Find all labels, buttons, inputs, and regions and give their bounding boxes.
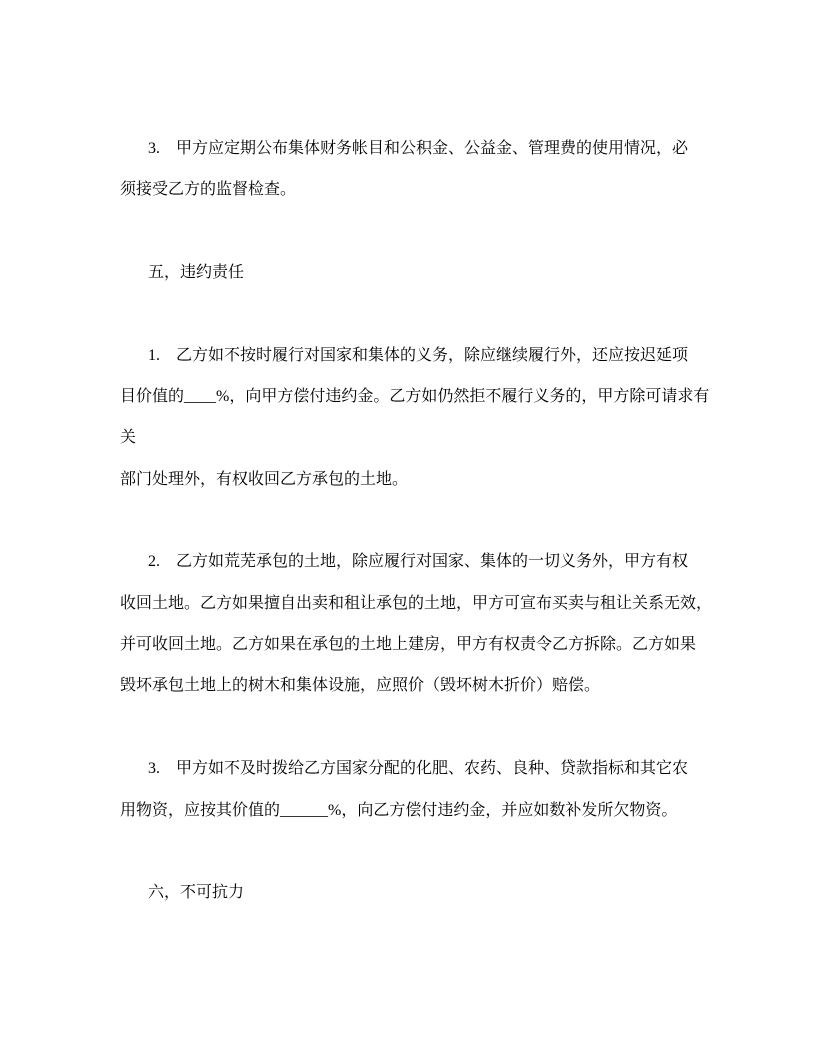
paragraph-line: 并可收回土地。乙方如果在承包的土地上建房，甲方有权责令乙方拆除。乙方如果	[120, 624, 760, 665]
paragraph-line: 3. 甲方如不及时拨给乙方国家分配的化肥、农药、良种、贷款指标和其它农	[120, 748, 760, 789]
blank-line	[120, 293, 760, 334]
paragraph-line: 须接受乙方的监督检查。	[120, 169, 760, 210]
section-heading: 五，违约责任	[120, 252, 760, 293]
paragraph-line: 1. 乙方如不按时履行对国家和集体的义务，除应继续履行外，还应按迟延项	[120, 335, 760, 376]
blank-line	[120, 831, 760, 872]
paragraph-line: 毁坏承包土地上的树木和集体设施，应照价（毁坏树木折价）赔偿。	[120, 665, 760, 706]
document-page: 3. 甲方应定期公布集体财务帐目和公积金、公益金、管理费的使用情况，必须接受乙方…	[0, 0, 816, 1056]
paragraph-line: 收回土地。乙方如果擅自出卖和租让承包的土地，甲方可宣布买卖与租让关系无效，	[120, 583, 760, 624]
paragraph-line: 2. 乙方如荒芜承包的土地，除应履行对国家、集体的一切义务外，甲方有权	[120, 541, 760, 582]
blank-line	[120, 211, 760, 252]
paragraph-line: 用物资，应按其价值的______%，向乙方偿付违约金，并应如数补发所欠物资。	[120, 790, 760, 831]
paragraph-line: 目价值的____%，向甲方偿付违约金。乙方如仍然拒不履行义务的，甲方除可请求有	[120, 376, 760, 417]
paragraph-line: 部门处理外，有权收回乙方承包的土地。	[120, 459, 760, 500]
section-heading: 六，不可抗力	[120, 872, 760, 913]
blank-line	[120, 707, 760, 748]
paragraph-line: 3. 甲方应定期公布集体财务帐目和公积金、公益金、管理费的使用情况，必	[120, 128, 760, 169]
blank-line	[120, 500, 760, 541]
document-body: 3. 甲方应定期公布集体财务帐目和公积金、公益金、管理费的使用情况，必须接受乙方…	[120, 128, 760, 914]
paragraph-line: 关	[120, 417, 760, 458]
